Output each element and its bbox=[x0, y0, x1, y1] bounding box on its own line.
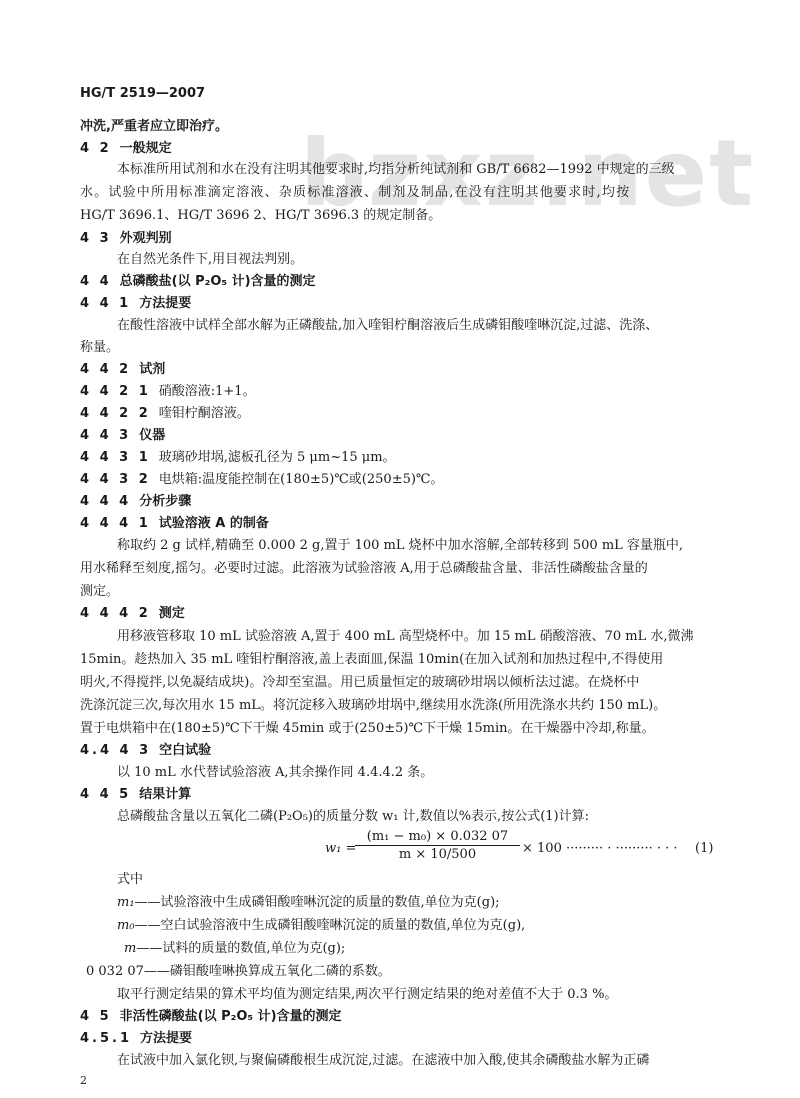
item-text: 玻璃砂坩埚,滤板孔径为 5 μm~15 μm。 bbox=[159, 450, 396, 465]
page-number: 2 bbox=[80, 1074, 87, 1087]
paragraph-line: 水。试验中所用标准滴定溶液、杂质标准溶液、制剂及制品,在没有注明其他要求时,均按 bbox=[80, 185, 630, 201]
item-text: 硝酸溶液:1+1。 bbox=[159, 384, 256, 399]
paragraph-line: 在自然光条件下,用目视法判别。 bbox=[117, 252, 303, 268]
section-4-5-heading: 4 5非活性磷酸盐(以 P₂O₅ 计)含量的测定 bbox=[80, 1009, 342, 1025]
continuation-line: 冲洗,严重者应立即治疗。 bbox=[80, 119, 228, 135]
paragraph-line: HG/T 3696.1、HG/T 3696 2、HG/T 3696.3 的规定制… bbox=[80, 208, 441, 224]
paragraph-line: 15min。趁热加入 35 mL 喹钼柠酮溶液,盖上表面皿,保温 10min(在… bbox=[80, 652, 663, 668]
variable-symbol: m₀ bbox=[117, 918, 135, 933]
section-number: 4 2 bbox=[80, 141, 112, 157]
paragraph-line: 用移液管移取 10 mL 试验溶液 A,置于 400 mL 高型烧杯中。加 15… bbox=[117, 629, 694, 645]
item-4-4-2-2: 4 4 2 2喹钼柠酮溶液。 bbox=[80, 406, 250, 422]
variable-definition: m——试料的质量的数值,单位为克(g); bbox=[124, 941, 345, 957]
section-number: 4 3 bbox=[80, 231, 112, 247]
section-title: 方法提要 bbox=[139, 296, 191, 311]
variable-definition: 0 032 07——磷钼酸喹啉换算成五氧化二磷的系数。 bbox=[86, 964, 391, 980]
item-4-4-2-1: 4 4 2 1硝酸溶液:1+1。 bbox=[80, 384, 256, 400]
item-4-4-3-2: 4 4 3 2电烘箱:温度能控制在(180±5)℃或(250±5)℃。 bbox=[80, 472, 443, 488]
section-title: 分析步骤 bbox=[139, 494, 191, 509]
item-text: 喹钼柠酮溶液。 bbox=[159, 406, 250, 421]
section-4-4-2-heading: 4 4 2试剂 bbox=[80, 362, 165, 378]
section-number: 4 4 1 bbox=[80, 296, 131, 312]
section-number: 4 4 4 2 bbox=[80, 606, 151, 622]
item-number: 4 4 3 1 bbox=[80, 450, 151, 466]
formula-denominator: m × 10/500 bbox=[355, 846, 520, 862]
section-title: 外观判别 bbox=[120, 231, 172, 246]
equation-number: (1) bbox=[695, 841, 713, 856]
section-4-4-4-3-heading: 4.4 4 3空白试验 bbox=[80, 743, 211, 759]
variable-definition: m₀——空白试验溶液中生成磷钼酸喹啉沉淀的质量的数值,单位为克(g), bbox=[117, 918, 525, 934]
section-title: 一般规定 bbox=[120, 141, 172, 156]
item-number: 4 4 2 1 bbox=[80, 384, 151, 400]
section-number: 4 4 5 bbox=[80, 787, 131, 803]
paragraph-line: 称量。 bbox=[80, 340, 119, 356]
item-number: 4 4 3 2 bbox=[80, 472, 151, 488]
section-number: 4 4 4 1 bbox=[80, 516, 151, 532]
paragraph-line: 总磷酸盐含量以五氧化二磷(P₂O₅)的质量分数 w₁ 计,数值以%表示,按公式(… bbox=[117, 809, 589, 825]
section-title: 非活性磷酸盐(以 P₂O₅ 计)含量的测定 bbox=[120, 1009, 342, 1024]
section-4-2-heading: 4 2一般规定 bbox=[80, 141, 172, 157]
section-number: 4.5.1 bbox=[80, 1031, 132, 1047]
section-4-4-4-2-heading: 4 4 4 2测定 bbox=[80, 606, 185, 622]
formula-numerator: (m₁ − m₀) × 0.032 07 bbox=[355, 829, 520, 846]
section-4-4-5-heading: 4 4 5结果计算 bbox=[80, 787, 191, 803]
section-number: 4 4 3 bbox=[80, 428, 131, 444]
section-number: 4 5 bbox=[80, 1009, 112, 1025]
formula-lhs: w₁ = bbox=[325, 841, 356, 856]
item-text: 电烘箱:温度能控制在(180±5)℃或(250±5)℃。 bbox=[159, 472, 444, 487]
paragraph-line: 取平行测定结果的算术平均值为测定结果,两次平行测定结果的绝对差值不大于 0.3 … bbox=[117, 987, 617, 1003]
section-title: 测定 bbox=[159, 606, 185, 621]
section-4-5-1-heading: 4.5.1方法提要 bbox=[80, 1031, 192, 1047]
where-label: 式中 bbox=[117, 872, 143, 888]
paragraph-line: 在试液中加入氯化钡,与聚偏磷酸根生成沉淀,过滤。在滤液中加入酸,使其余磷酸盐水解… bbox=[117, 1053, 649, 1069]
section-title: 总磷酸盐(以 P₂O₅ 计)含量的测定 bbox=[120, 274, 316, 289]
variable-description: ——磷钼酸喹啉换算成五氧化二磷的系数。 bbox=[144, 964, 391, 979]
section-number: 4 4 4 bbox=[80, 494, 131, 510]
variable-description: ——试料的质量的数值,单位为克(g); bbox=[136, 941, 345, 956]
variable-symbol: m bbox=[124, 941, 136, 956]
section-number: 4 4 2 bbox=[80, 362, 131, 378]
paragraph-line: 称取约 2 g 试样,精确至 0.000 2 g,置于 100 mL 烧杯中加水… bbox=[117, 538, 683, 554]
section-title: 仪器 bbox=[139, 428, 165, 443]
paragraph-line: 洗涤沉淀三次,每次用水 15 mL。将沉淀移入玻璃砂坩埚中,继续用水洗涤(所用洗… bbox=[80, 698, 666, 714]
variable-symbol: 0 032 07 bbox=[86, 964, 144, 979]
item-4-4-3-1: 4 4 3 1玻璃砂坩埚,滤板孔径为 5 μm~15 μm。 bbox=[80, 450, 396, 466]
standard-code-header: HG/T 2519—2007 bbox=[80, 86, 205, 101]
section-4-4-heading: 4 4总磷酸盐(以 P₂O₅ 计)含量的测定 bbox=[80, 274, 316, 290]
paragraph-line: 本标准所用试剂和水在没有注明其他要求时,均指分析纯试剂和 GB/T 6682—1… bbox=[117, 162, 675, 178]
section-title: 试剂 bbox=[139, 362, 165, 377]
section-title: 试验溶液 A 的制备 bbox=[159, 516, 269, 531]
section-number: 4 4 bbox=[80, 274, 112, 290]
variable-description: ——空白试验溶液中生成磷钼酸喹啉沉淀的质量的数值,单位为克(g), bbox=[135, 918, 526, 933]
section-4-4-4-1-heading: 4 4 4 1试验溶液 A 的制备 bbox=[80, 516, 269, 532]
document-page: bzxz.net HG/T 2519—2007 冲洗,严重者应立即治疗。 4 2… bbox=[0, 0, 800, 1098]
section-4-4-4-heading: 4 4 4分析步骤 bbox=[80, 494, 191, 510]
paragraph-line: 在酸性溶液中试样全部水解为正磷酸盐,加入喹钼柠酮溶液后生成磷钼酸喹啉沉淀,过滤、… bbox=[117, 318, 658, 334]
paragraph-line: 明火,不得搅拌,以免凝结成块)。冷却至室温。用已质量恒定的玻璃砂坩埚以倾析法过滤… bbox=[80, 675, 639, 691]
variable-definition: m₁——试验溶液中生成磷钼酸喹啉沉淀的质量的数值,单位为克(g); bbox=[117, 895, 500, 911]
section-number: 4.4 4 3 bbox=[80, 743, 151, 759]
section-4-3-heading: 4 3外观判别 bbox=[80, 231, 172, 247]
section-title: 空白试验 bbox=[159, 743, 211, 758]
section-4-4-3-heading: 4 4 3仪器 bbox=[80, 428, 165, 444]
formula-rhs: × 100 ········· · ········· · · · bbox=[522, 841, 678, 856]
section-4-4-1-heading: 4 4 1方法提要 bbox=[80, 296, 191, 312]
section-title: 结果计算 bbox=[139, 787, 191, 802]
paragraph-line: 测定。 bbox=[80, 584, 119, 600]
section-title: 方法提要 bbox=[140, 1031, 192, 1046]
item-number: 4 4 2 2 bbox=[80, 406, 151, 422]
paragraph-line: 置于电烘箱中在(180±5)℃下干燥 45min 或于(250±5)℃下干燥 1… bbox=[80, 721, 655, 737]
paragraph-line: 用水稀释至刻度,摇匀。必要时过滤。此溶液为试验溶液 A,用于总磷酸盐含量、非活性… bbox=[80, 561, 648, 577]
formula-fraction: (m₁ − m₀) × 0.032 07 m × 10/500 bbox=[355, 829, 520, 862]
variable-symbol: m₁ bbox=[117, 895, 135, 910]
variable-description: ——试验溶液中生成磷钼酸喹啉沉淀的质量的数值,单位为克(g); bbox=[135, 895, 500, 910]
paragraph-line: 以 10 mL 水代替试验溶液 A,其余操作同 4.4.4.2 条。 bbox=[117, 765, 433, 781]
